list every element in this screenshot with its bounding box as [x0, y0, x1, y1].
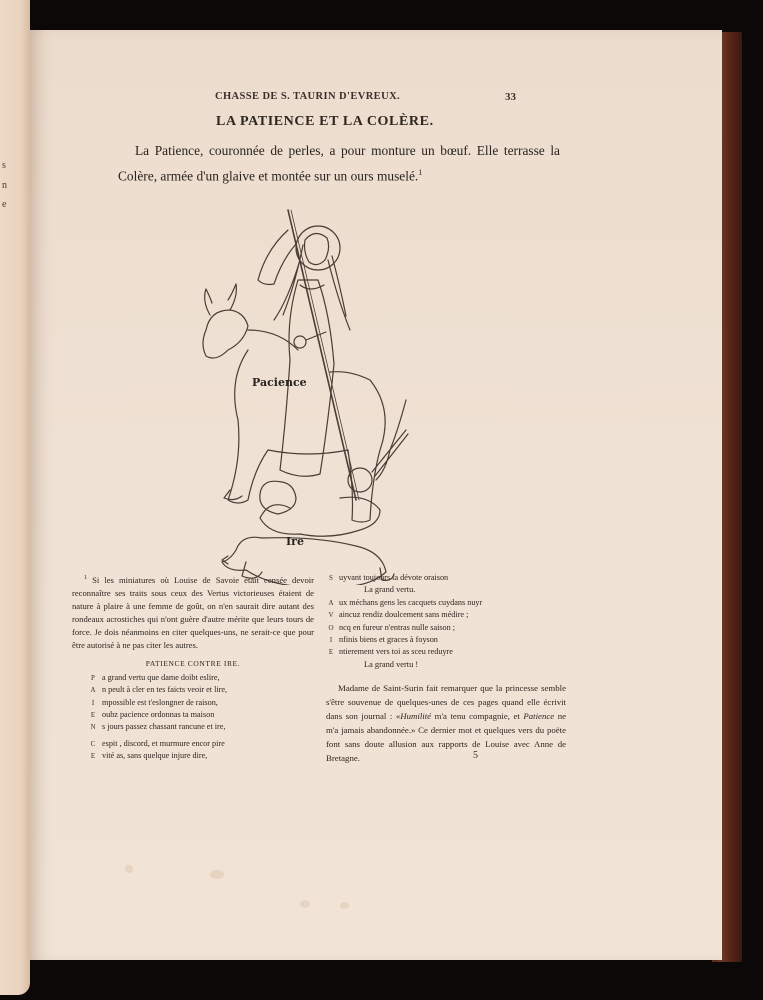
- poem-verse: Cespit , discord, et murmure encor pire: [72, 738, 314, 750]
- poem-verse: Pa grand vertu que dame doibt eslire,: [72, 672, 314, 684]
- poem-verse: Impossible est t'eslongner de raison,: [72, 697, 314, 709]
- illustration-label-patience: Pacience: [252, 376, 307, 389]
- left-page-text-fragment: s: [2, 160, 6, 171]
- acrostic-letter: O: [326, 622, 336, 634]
- poem-title: PATIENCE CONTRE IRE.: [72, 657, 314, 670]
- footnote-column-right: Suyvant toujours ta dévote oraison La gr…: [326, 572, 576, 765]
- poem-verse: Evité as, sans quelque injure dire,: [72, 750, 314, 762]
- acrostic-letter: I: [88, 697, 98, 709]
- engraving-illustration: Pacience Ire: [170, 190, 410, 585]
- acrostic-letter: V: [326, 609, 336, 621]
- left-page-text-fragment: n: [2, 180, 7, 191]
- footnote: 1 Si les miniatures où Louise de Savoie …: [72, 572, 314, 652]
- poem-refrain: La grand vertu.: [326, 584, 576, 596]
- acrostic-letter: I: [326, 634, 336, 646]
- poem-refrain: La grand vertu !: [326, 659, 576, 671]
- footnote-marker: 1: [84, 575, 87, 581]
- running-head: CHASSE DE S. TAURIN D'EVREUX.: [215, 91, 555, 102]
- acrostic-letter: E: [88, 709, 98, 721]
- poem-verse: Oncq en fureur n'entras nulle saison ;: [326, 622, 576, 634]
- poem-verse: Entierement vers toi as sceu reduyre: [326, 646, 576, 658]
- poem-verse: Eoubz pacience ordonnas ta maison: [72, 709, 314, 721]
- poem-verse: An peult à cler en tes faicts veoir et l…: [72, 684, 314, 696]
- acrostic-letter: C: [88, 738, 98, 750]
- left-page-text-fragment: e: [2, 199, 6, 210]
- poem-verse: Aux méchans gens les cacquets cuydans nu…: [326, 597, 576, 609]
- acrostic-letter: A: [326, 597, 336, 609]
- acrostic-letter: P: [88, 672, 98, 684]
- acrostic-letter: S: [326, 572, 336, 584]
- lead-paragraph: La Patience, couronnée de perles, a pour…: [118, 140, 560, 187]
- poem-verse: Suyvant toujours ta dévote oraison: [326, 572, 576, 584]
- acrostic-letter: E: [326, 646, 336, 658]
- footnote-reference: 1: [418, 168, 422, 177]
- acrostic-letter: A: [88, 684, 98, 696]
- poem-verse: Vaincuz rendiz doulcement sans médire ;: [326, 609, 576, 621]
- printer-signature-mark: 5: [473, 750, 478, 761]
- footnote-column-left: 1 Si les miniatures où Louise de Savoie …: [72, 572, 314, 763]
- poem-verse: Infinis biens et graces à foyson: [326, 634, 576, 646]
- commentary-paragraph: Madame de Saint-Surin fait remarquer que…: [326, 681, 566, 765]
- illustration-label-ire: Ire: [286, 535, 304, 548]
- left-page-edge: s n e: [0, 0, 30, 995]
- acrostic-letter: N: [88, 721, 98, 733]
- poem-verse: Ns jours passez chassant rancune et ire,: [72, 721, 314, 733]
- section-title: LA PATIENCE ET LA COLÈRE.: [216, 114, 434, 130]
- acrostic-letter: E: [88, 750, 98, 762]
- page-number: 33: [505, 91, 516, 103]
